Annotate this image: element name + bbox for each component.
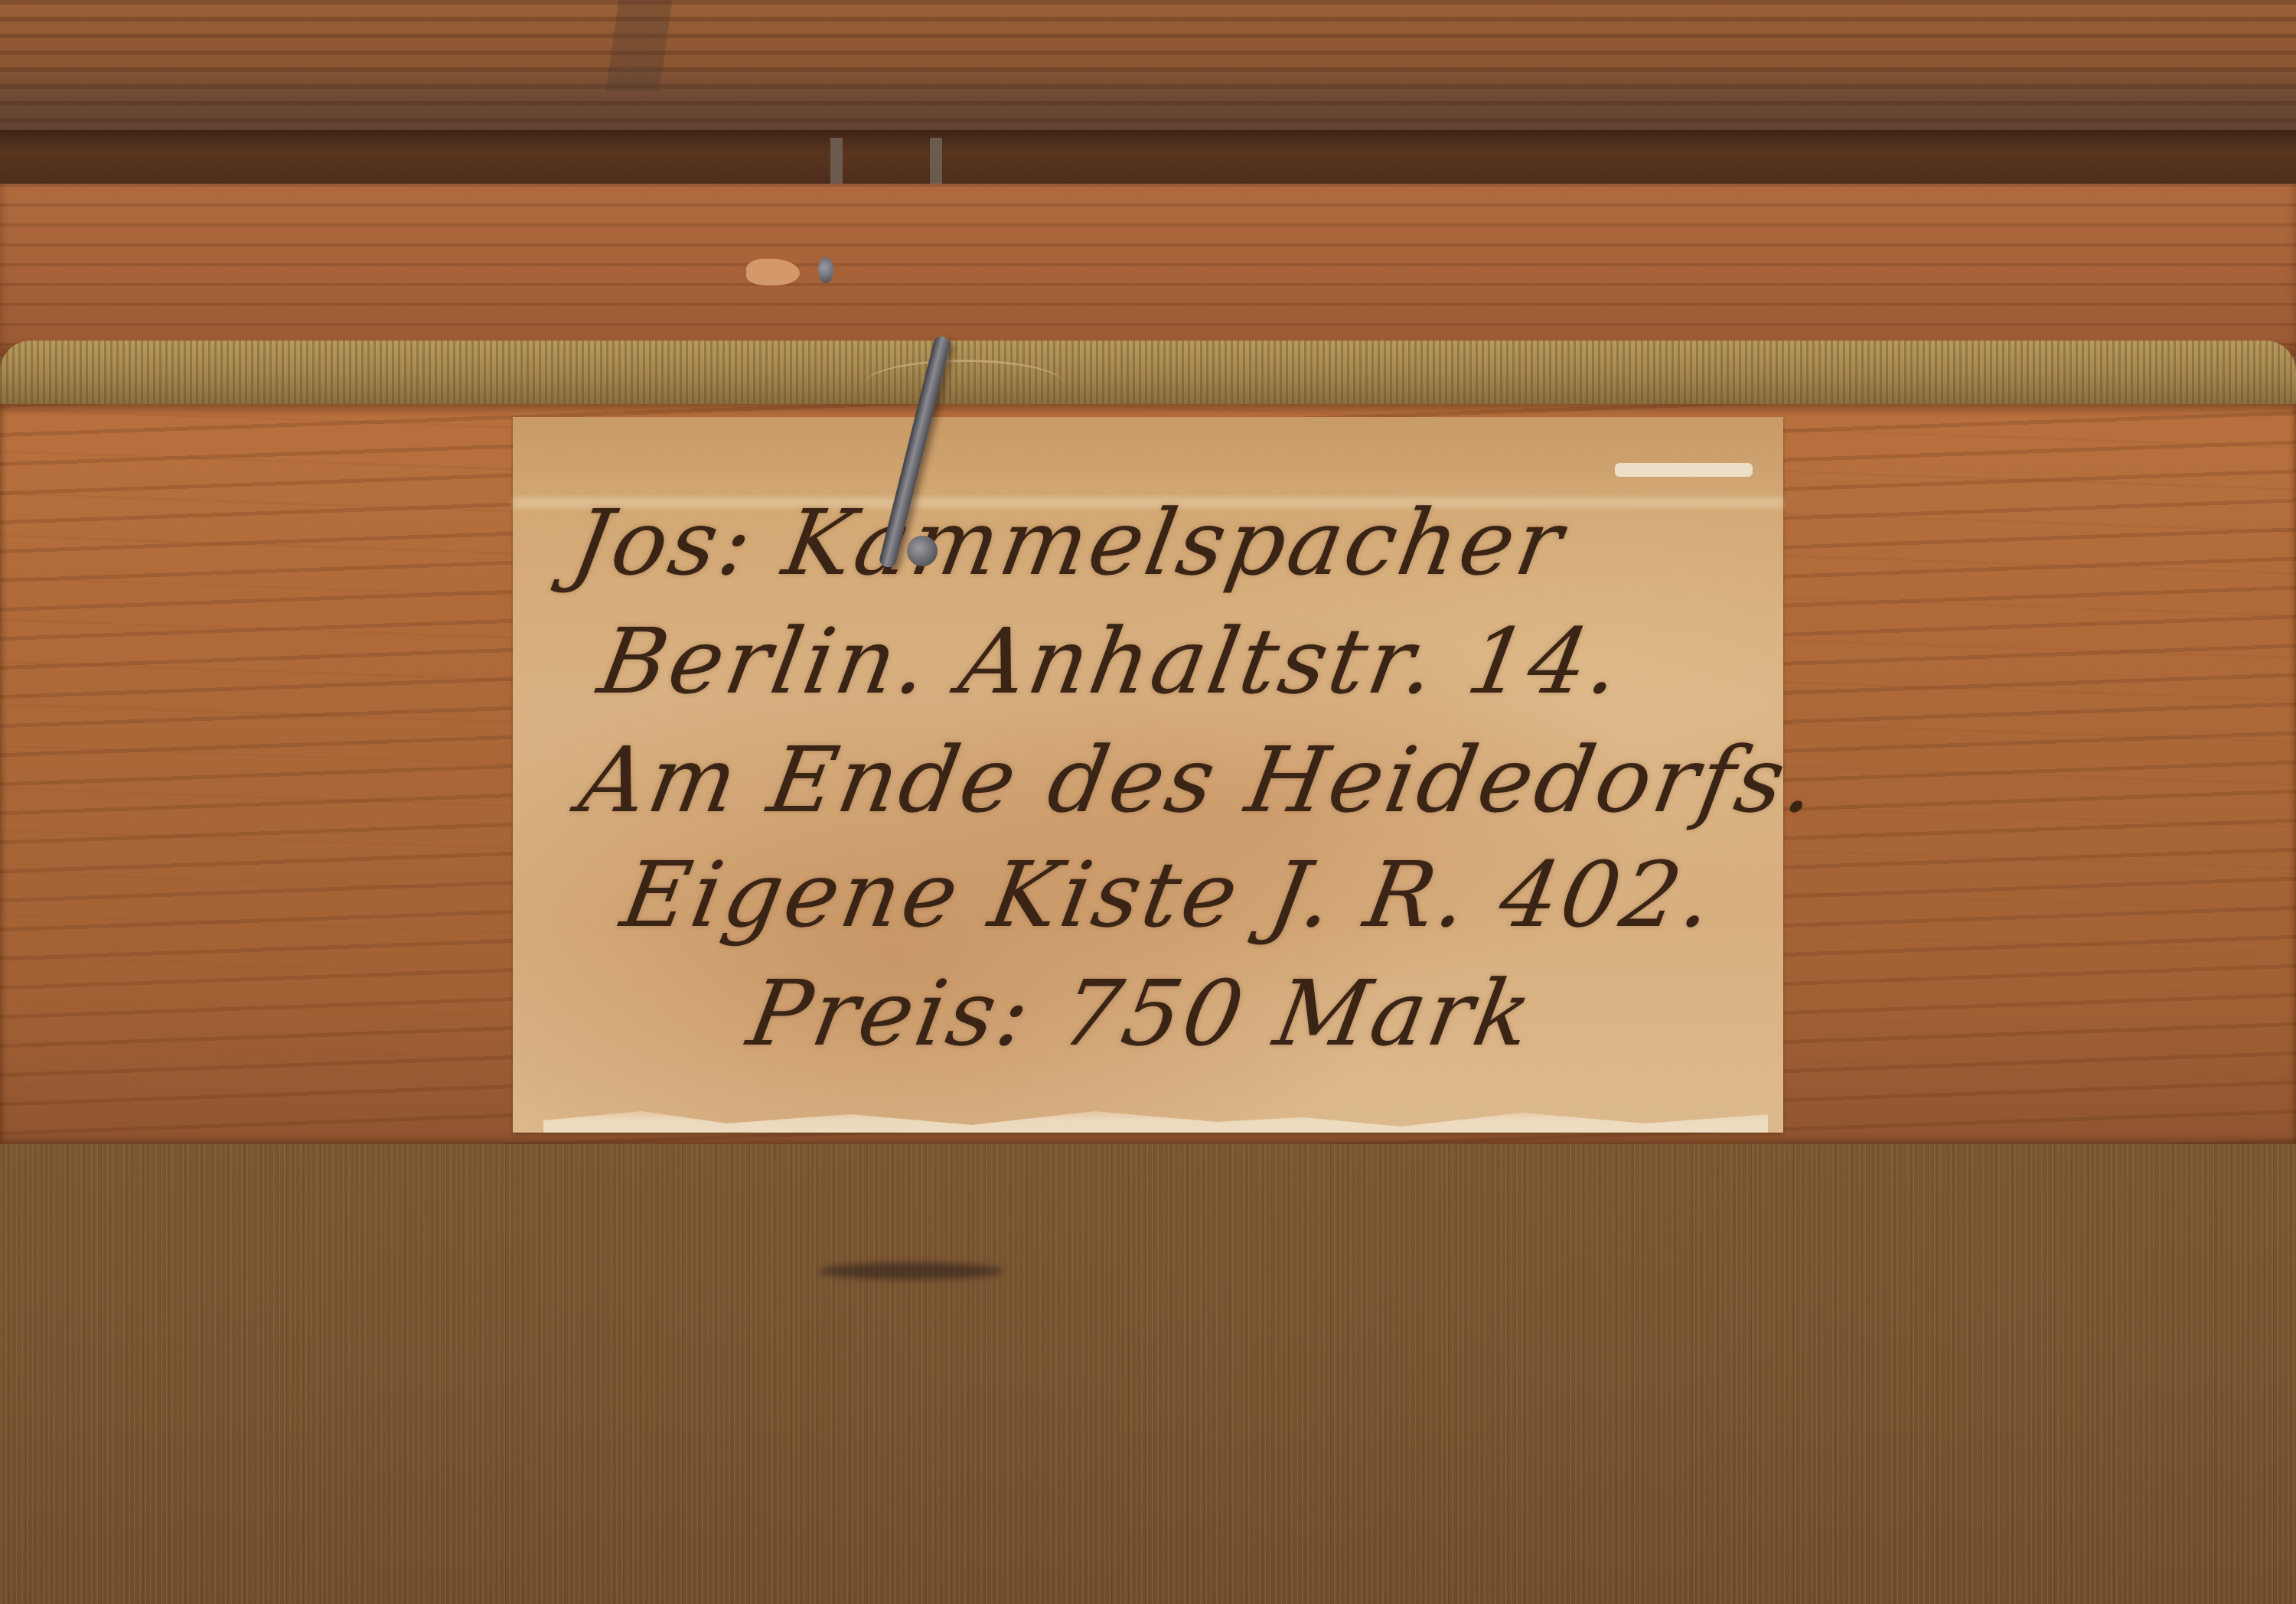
frame-top-rail: [0, 0, 2296, 138]
canvas-back: [0, 1144, 2296, 1604]
nail-head-icon: [907, 536, 938, 566]
label-text: Jos: Kammelspacher Berlin. Anhaltstr. 14…: [513, 417, 1783, 1133]
string-icon: [865, 360, 1064, 408]
canvas-smudge: [819, 1263, 1003, 1280]
label-title: Am Ende des Heidedorfs.: [572, 727, 1828, 833]
wood-chip: [746, 259, 800, 285]
stretcher-bar-upper: [0, 184, 2296, 356]
label-crate: Eigene Kiste J. R. 402.: [615, 842, 1724, 947]
tack-icon: [818, 257, 833, 283]
gap-post: [930, 138, 942, 187]
frame-gap-shadow: [0, 130, 2296, 187]
gap-post: [830, 138, 843, 187]
canvas-folded-edge: [0, 341, 2296, 406]
label-artist: Jos: Kammelspacher: [565, 490, 1573, 595]
label-price: Preis: 750 Mark: [741, 960, 1542, 1066]
handwritten-label: Jos: Kammelspacher Berlin. Anhaltstr. 14…: [513, 417, 1783, 1133]
label-address: Berlin. Anhaltstr. 14.: [592, 608, 1632, 714]
